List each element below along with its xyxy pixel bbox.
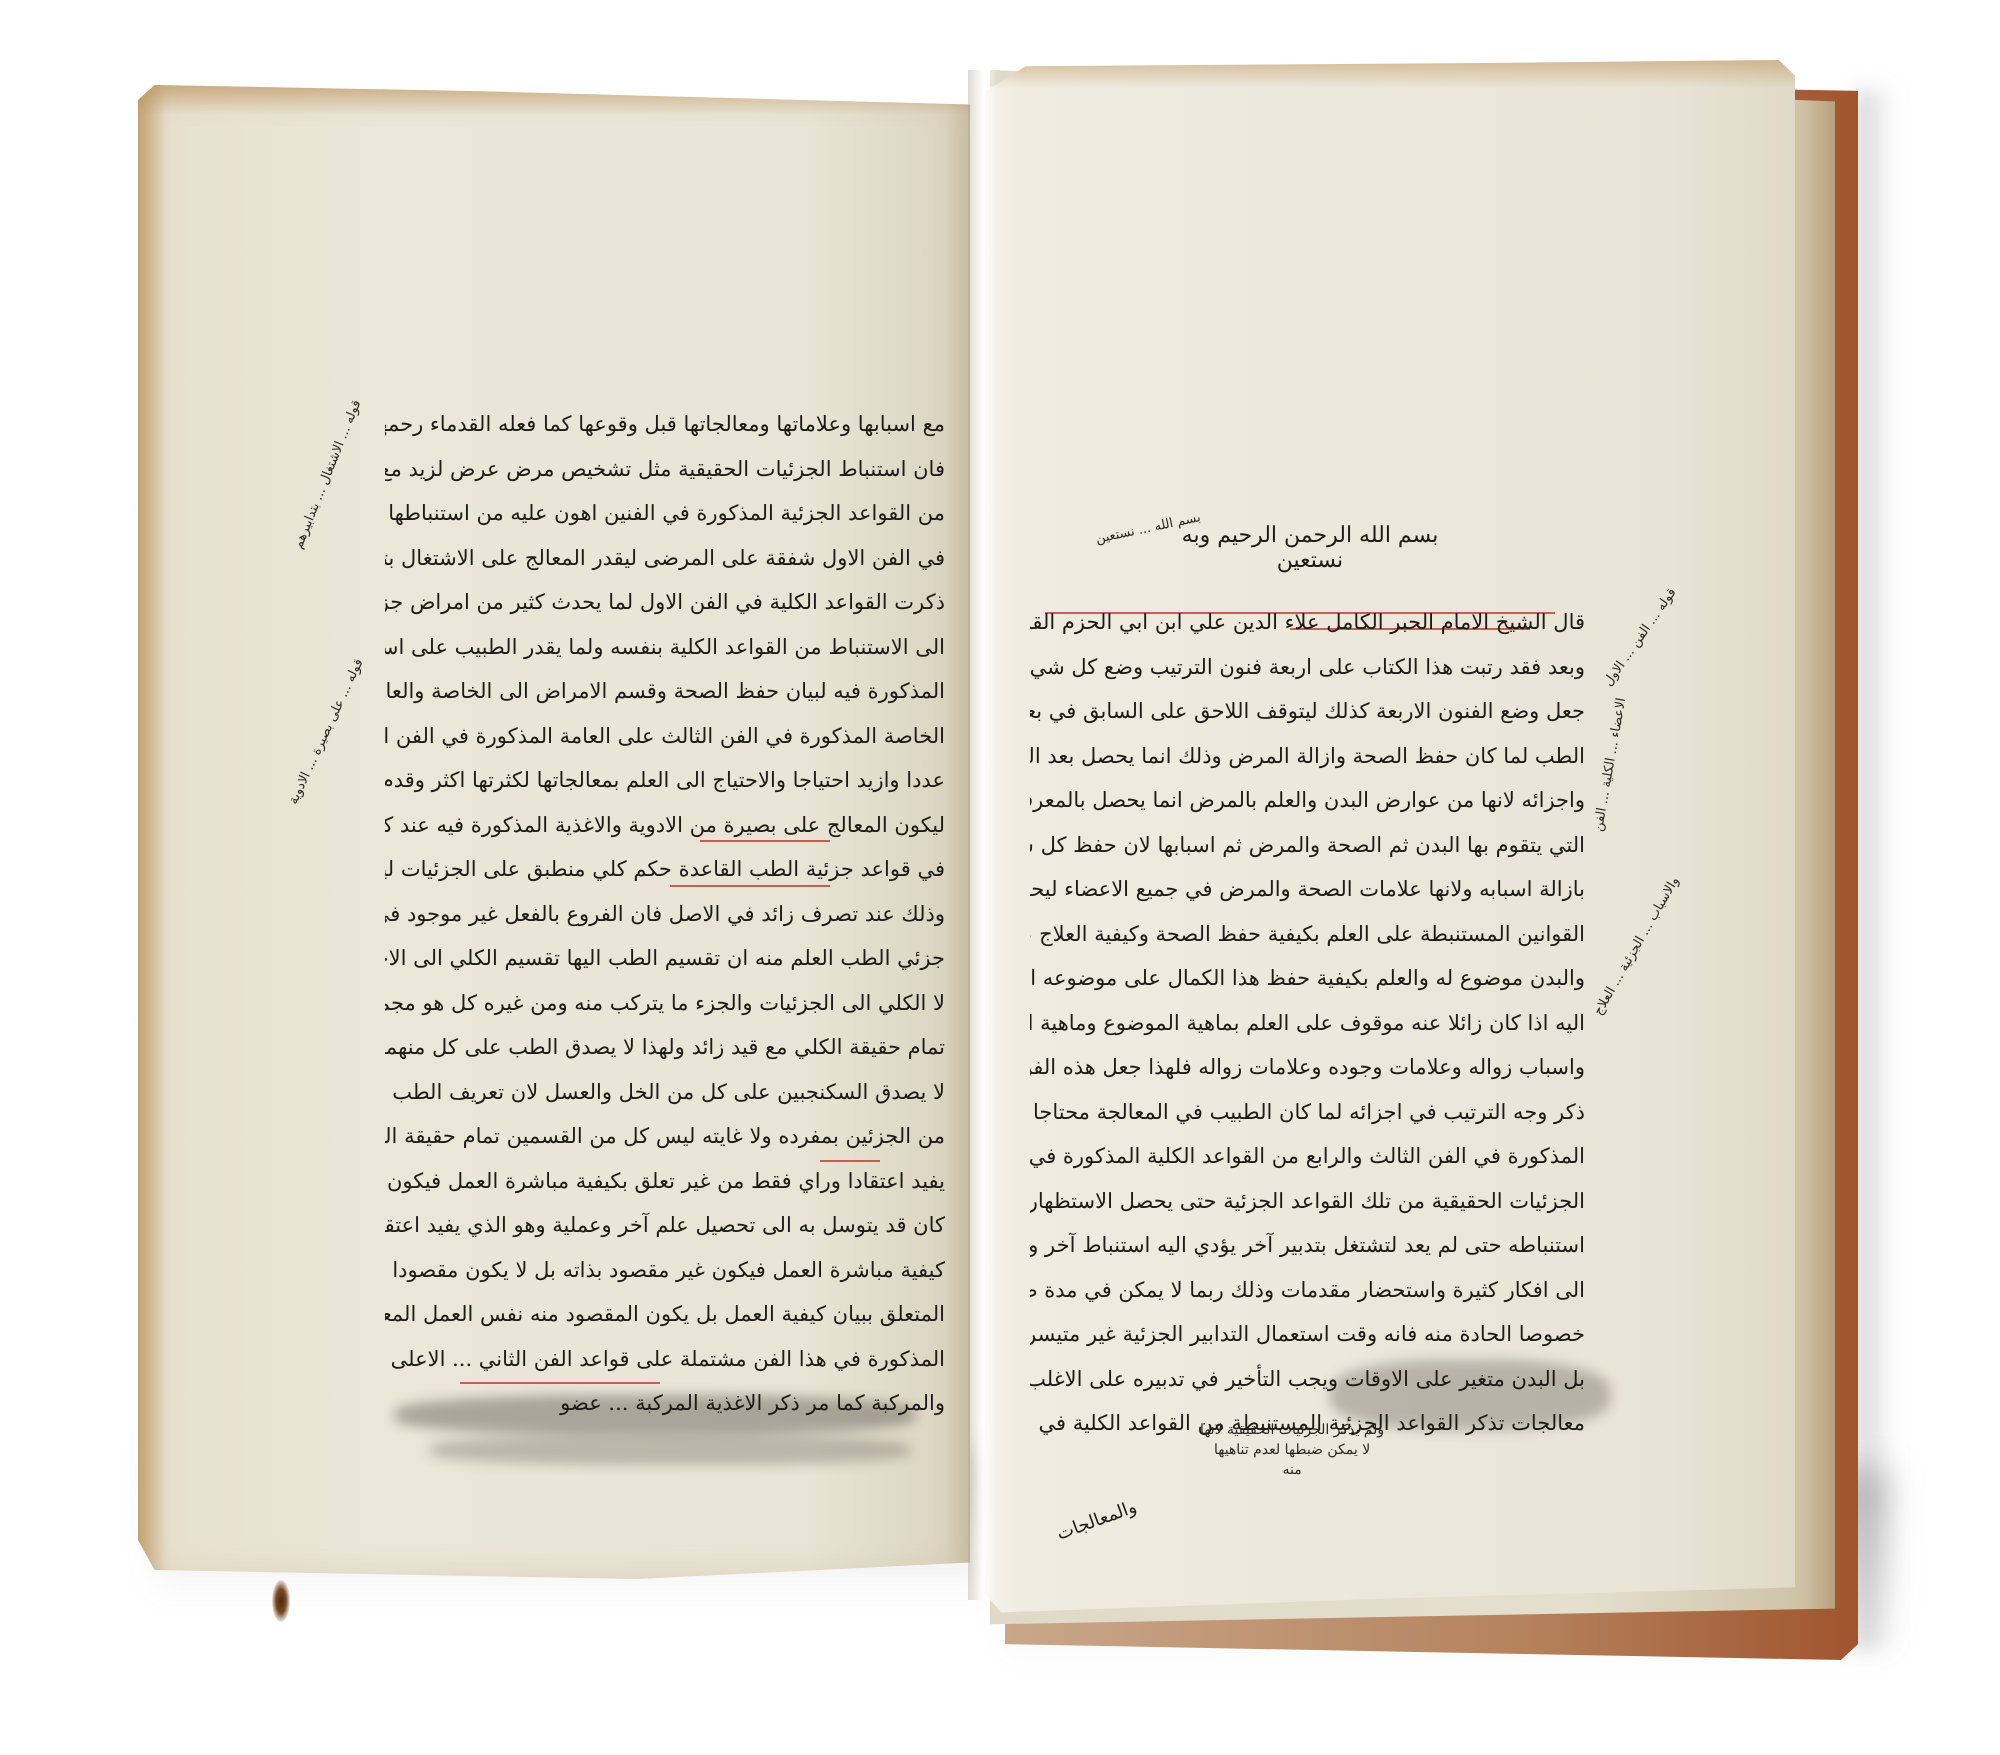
text-line: جعل وضع الفنون الاربعة كذلك ليتوقف اللاح… — [1030, 689, 1585, 734]
text-line: الطب لما كان حفظ الصحة وازالة المرض وذلك… — [1030, 734, 1585, 779]
text-line: استنباطه حتى لم يعد لتشتغل بتدبير آخر يؤ… — [1030, 1223, 1585, 1268]
text-line: كان قد يتوسل به الى تحصيل علم آخر وعملية… — [385, 1203, 945, 1248]
text-line: الى الاستنباط من القواعد الكلية بنفسه ول… — [385, 625, 945, 670]
text-line: من الجزئين بمفرده ولا غايته ليس كل من ال… — [385, 1114, 945, 1159]
text-line: عددا وازيد احتياجا والاحتياج الى العلم ب… — [385, 758, 945, 803]
text-line: الجزئيات الحقيقية من تلك القواعد الجزئية… — [1030, 1179, 1585, 1224]
text-line: لا الكلي الى الجزئيات والجزء ما يتركب من… — [385, 981, 945, 1026]
text-line: والمركبة كما مر ذكر الاغذية المركبة ... … — [385, 1381, 945, 1426]
text-line: وذلك عند تصرف زائد في الاصل فان الفروع ب… — [385, 892, 945, 937]
text-line: المذكورة في الفن الثالث والرابع من القوا… — [1030, 1134, 1585, 1179]
text-line: فان استنباط الجزئيات الحقيقية مثل تشخيص … — [385, 447, 945, 492]
text-line: والبدن موضوع له والعلم بكيفية حفظ هذا ال… — [1030, 956, 1585, 1001]
text-line: لا يصدق السكنجبين على كل من الخل والعسل … — [385, 1070, 945, 1115]
text-line: جزئي الطب العلم منه ان تقسيم الطب اليها … — [385, 936, 945, 981]
gloss-line: لا يمكن ضبطها لعدم تناهيها — [1200, 1440, 1384, 1460]
text-line: المتعلق ببيان كيفية العمل بل يكون المقصو… — [385, 1292, 945, 1337]
text-line: الى افكار كثيرة واستحضار مقدمات وذلك ربم… — [1030, 1268, 1585, 1313]
text-line: المذكورة فيه لبيان حفظ الصحة وقسم الامرا… — [385, 669, 945, 714]
book-side-shadow — [1855, 90, 1895, 1650]
text-line: ذكر وجه الترتيب في اجزائه لما كان الطبيب… — [1030, 1090, 1585, 1135]
text-line: واسباب زواله وعلامات وجوده وعلامات زواله… — [1030, 1045, 1585, 1090]
text-line: ذكرت القواعد الكلية في الفن الاول لما يح… — [385, 580, 945, 625]
text-line: بازالة اسبابه ولانها علامات الصحة والمرض… — [1030, 867, 1585, 912]
manuscript-scene: بسم الله الرحمن الرحيم وبه نستعين قال ال… — [0, 0, 2000, 1755]
text-line: في قواعد جزئية الطب القاعدة حكم كلي منطب… — [385, 847, 945, 892]
rubric-line — [820, 1160, 880, 1162]
gloss-line: ولم يذكر الجزئيات الحقيقية لانها — [1200, 1420, 1384, 1440]
ink-smudge-left-2 — [430, 1435, 910, 1465]
text-line: مع اسبابها وعلاماتها ومعالجاتها قبل وقوع… — [385, 402, 945, 447]
text-line: المذكورة في هذا الفن مشتملة على قواعد ال… — [385, 1337, 945, 1382]
basmala-heading: بسم الله الرحمن الرحيم وبه نستعين — [1160, 523, 1460, 573]
burn-stain — [272, 1580, 290, 1622]
text-line: تمام حقيقة الكلي مع قيد زائد ولهذا لا يص… — [385, 1025, 945, 1070]
text-line: واجزائه لانها من عوارض البدن والعلم بالم… — [1030, 778, 1585, 823]
text-line: قال الشيخ الامام الحبر الكامل علاء الدين… — [1030, 600, 1585, 645]
rubric-line — [460, 1382, 660, 1384]
rubric-line — [670, 885, 830, 887]
right-page-text: قال الشيخ الامام الحبر الكامل علاء الدين… — [1030, 600, 1585, 1446]
text-line: الخاصة المذكورة في الفن الثالث على العام… — [385, 714, 945, 759]
text-line: بل البدن متغير على الاوقات ويجب التأخير … — [1030, 1357, 1585, 1402]
gloss-line: منه — [1200, 1460, 1384, 1480]
text-line: خصوصا الحادة منه فانه وقت استعمال التداب… — [1030, 1312, 1585, 1357]
text-line: وبعد فقد رتبت هذا الكتاب على اربعة فنون … — [1030, 645, 1585, 690]
book-gutter — [968, 70, 998, 1600]
text-line: ليكون المعالج على بصيرة من الادوية والاغ… — [385, 803, 945, 848]
text-line: كيفية مباشرة العمل فيكون غير مقصود بذاته… — [385, 1248, 945, 1293]
text-line: اليه اذا كان زائلا عنه موقوف على العلم ب… — [1030, 1001, 1585, 1046]
bottom-gloss: ولم يذكر الجزئيات الحقيقية لانها لا يمكن… — [1200, 1420, 1384, 1480]
left-page-text: مع اسبابها وعلاماتها ومعالجاتها قبل وقوع… — [385, 402, 945, 1426]
text-line: التي يتقوم بها البدن ثم الصحة والمرض ثم … — [1030, 823, 1585, 868]
rubric-line — [700, 840, 830, 842]
text-line: في الفن الاول شفقة على المرضى ليقدر المع… — [385, 536, 945, 581]
text-line: القوانين المستنبطة على العلم بكيفية حفظ … — [1030, 912, 1585, 957]
text-line: من القواعد الجزئية المذكورة في الفنين اه… — [385, 491, 945, 536]
text-line: يفيد اعتقادا وراي فقط من غير تعلق بكيفية… — [385, 1159, 945, 1204]
